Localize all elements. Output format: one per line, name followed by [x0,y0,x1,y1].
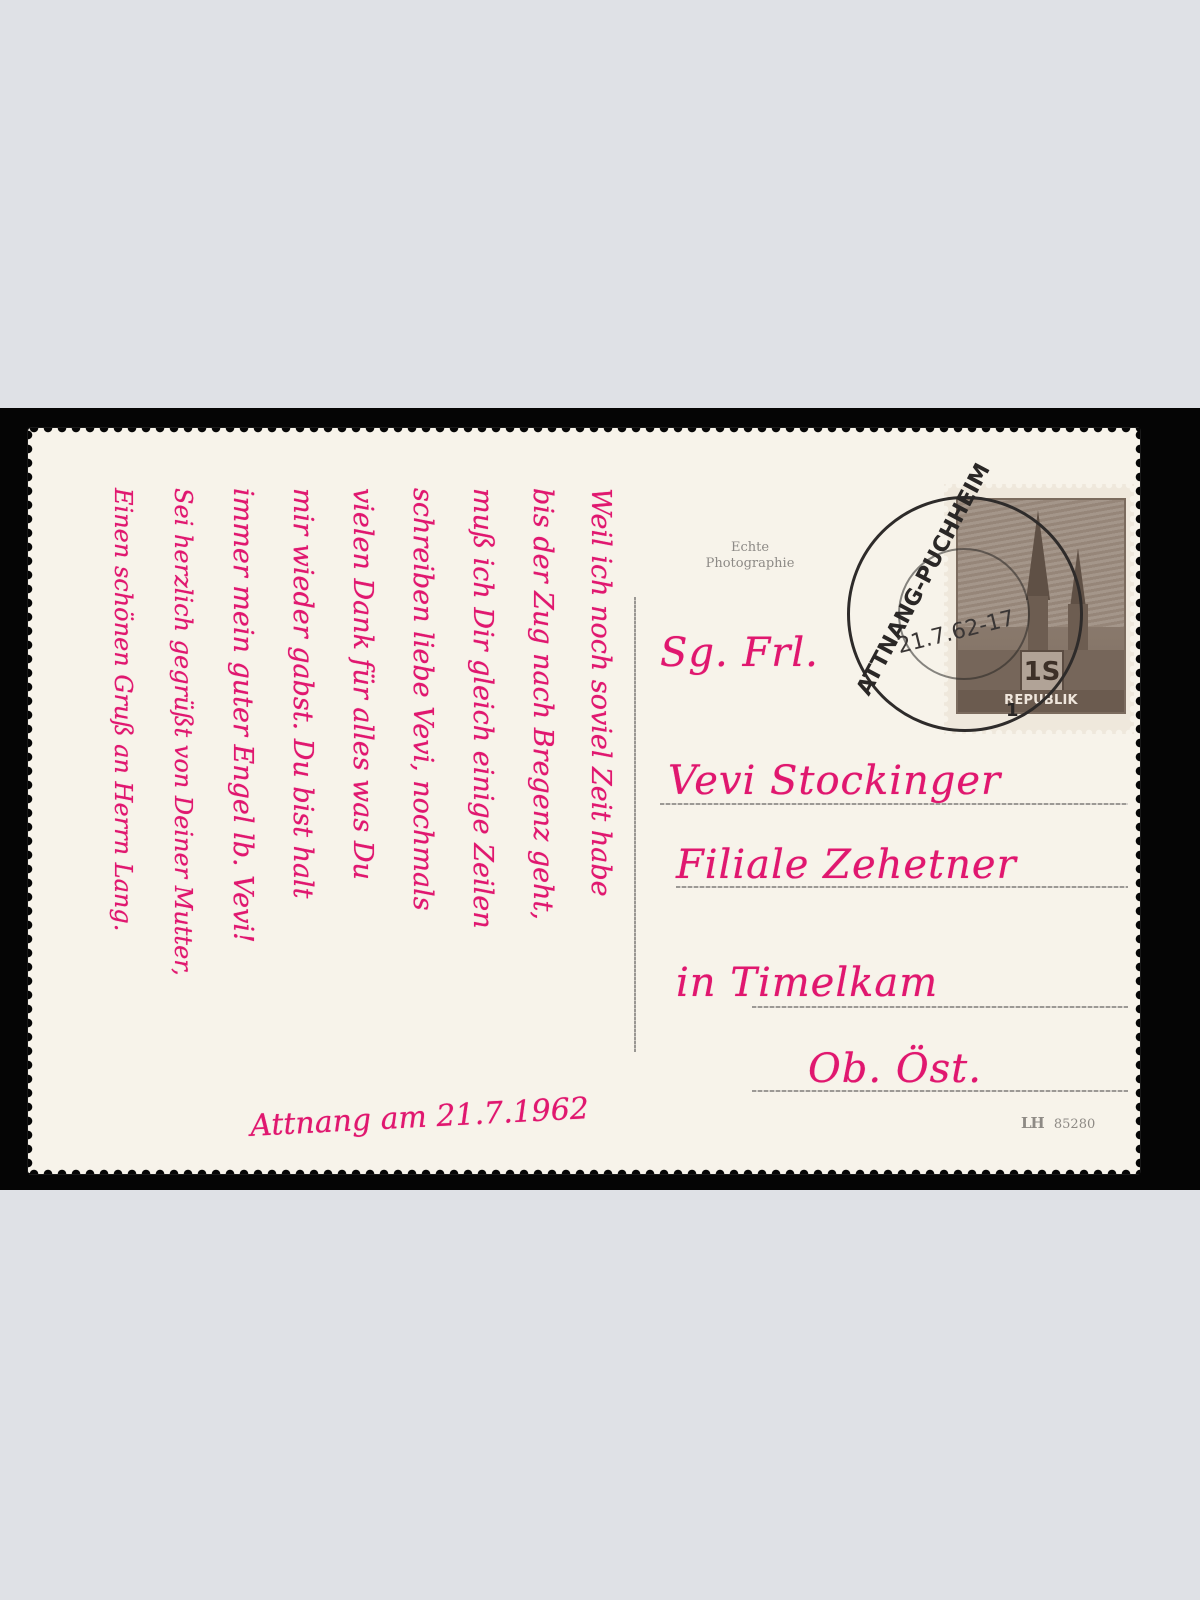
address-line-4: Ob. Öst. [808,1046,982,1092]
postmark-code: 1 [1006,700,1019,721]
message-line-4: schreiben liebe Vevi, nochmals [409,488,436,911]
scalloped-edge-bottom [28,1166,1140,1174]
address-line-2: Filiale Zehetner [676,842,1017,888]
message-line-2: bis der Zug nach Bregenz geht, [529,488,556,920]
message-line-5: vielen Dank für alles was Du [349,488,376,880]
message-line-3: muß ich Dir gleich einige Zeilen [469,488,496,929]
message-line-7: immer mein guter Engel lb. Vevi! [229,488,256,943]
publisher-logo: LH [1021,1114,1044,1132]
message-line-9: Einen schönen Gruß an Herrn Lang. [109,488,136,931]
stamp-value: 1S [1020,650,1064,694]
card-divider [634,597,636,1052]
address-line-3: in Timelkam [676,960,938,1006]
church-spire-icon [1026,510,1050,600]
printed-header: Echte Photographie [680,540,820,572]
stamp-country: REPUBLIK ÖSTERREICH [958,690,1124,712]
printed-header-line-1: Echte [680,540,820,556]
printed-header-line-2: Photographie [680,556,820,572]
scalloped-edge-top [28,428,1140,436]
address-rule-3 [752,1006,1128,1008]
publisher-mark: LH 85280 [1021,1114,1095,1132]
address-salutation: Sg. Frl. [660,630,819,676]
publisher-number: 85280 [1054,1117,1095,1132]
stamp-church-illustration: 1S REPUBLIK ÖSTERREICH [956,498,1126,714]
message-line-8: Sei herzlich gegrüßt von Deiner Mutter, [169,488,196,976]
message-line-1: Weil ich noch soviel Zeit habe [587,488,614,897]
address-name: Vevi Stockinger [668,758,1001,804]
postage-stamp: 1S REPUBLIK ÖSTERREICH [944,484,1134,734]
message-line-6: mir wieder gabst. Du bist halt [289,488,316,899]
scalloped-edge-left [28,428,36,1174]
